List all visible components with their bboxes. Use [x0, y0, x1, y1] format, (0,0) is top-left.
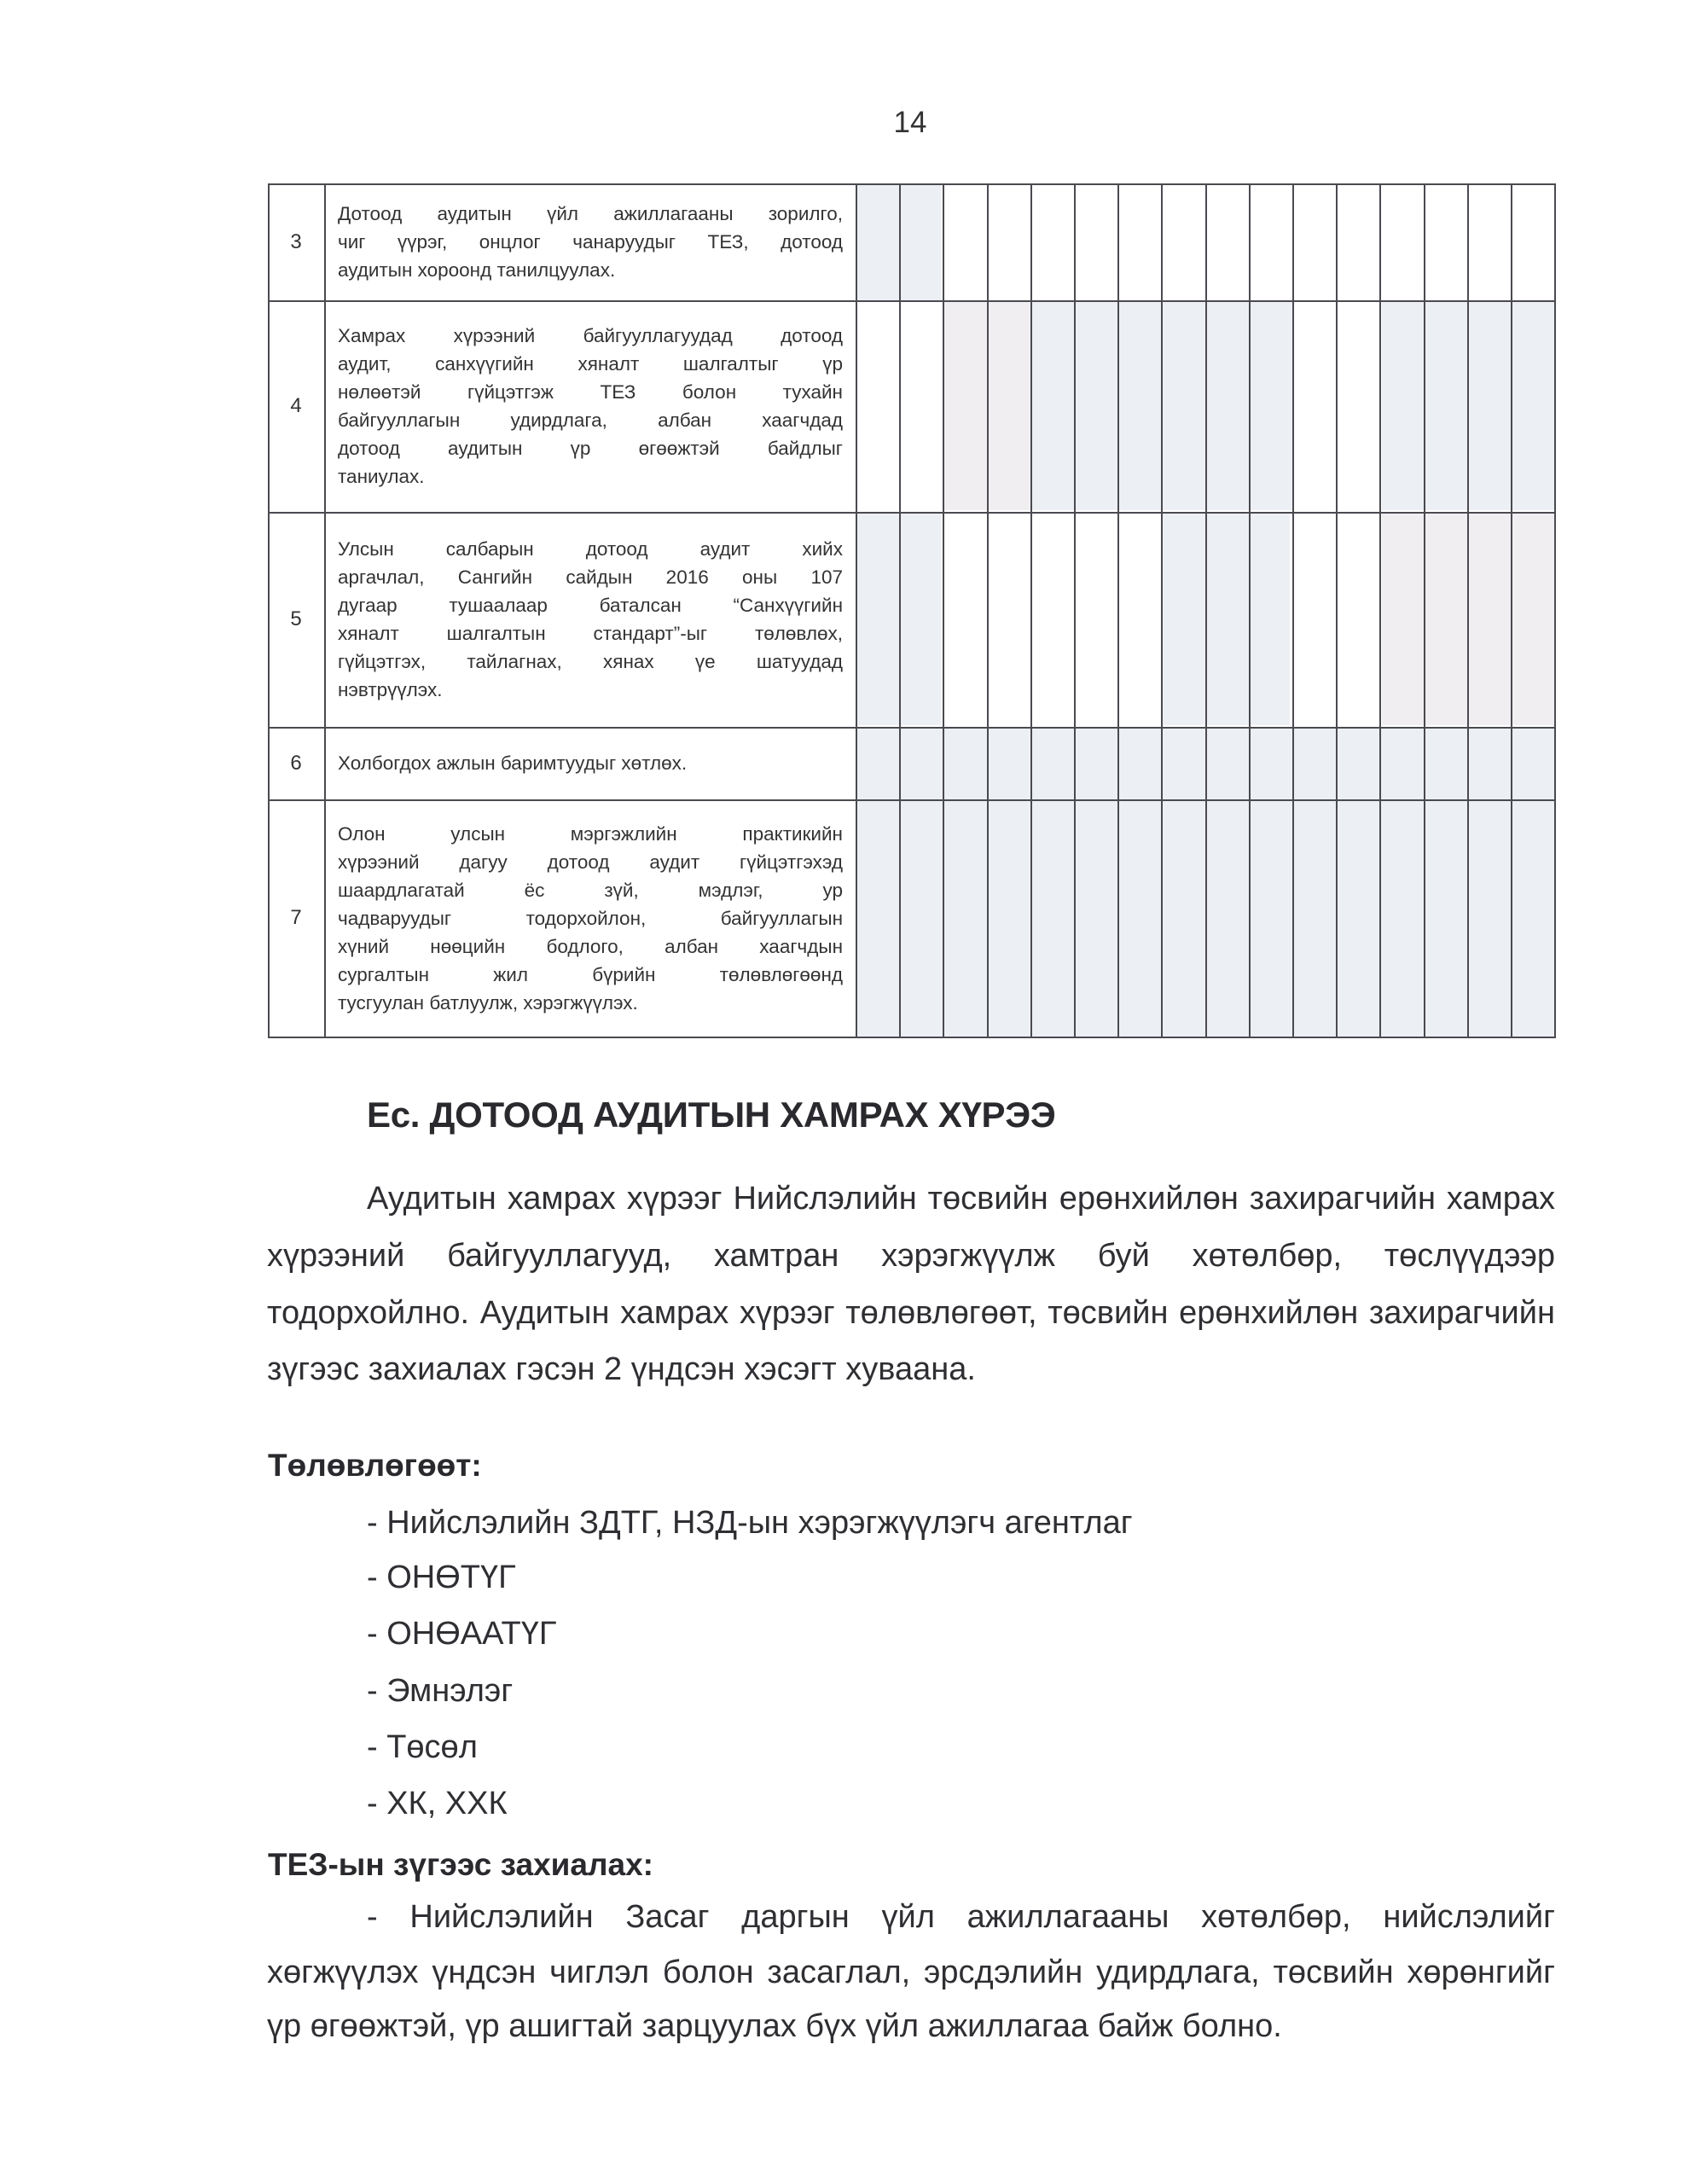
table-column-border — [1030, 183, 1032, 1037]
scan-shading — [856, 185, 941, 300]
row-number: 3 — [268, 230, 324, 254]
ordered-title: ТЕЗ-ын зүгээс захиалах: — [268, 1847, 653, 1883]
row-description: Холбогдох ажлын баримтуудыг хөтлөх. — [338, 749, 843, 777]
planned-item: - ХК, ХХК — [367, 1786, 508, 1822]
table-column-border — [899, 183, 901, 1037]
table-row-border — [268, 512, 1556, 514]
table-column-border — [856, 183, 857, 1037]
table-column-border — [1161, 183, 1163, 1037]
intro-line-2: хүрээний байгууллагууд, хамтран хэрэгжүү… — [267, 1238, 1555, 1275]
row-description: Дотоод аудитын үйл ажиллагааны зорилго,ч… — [338, 200, 843, 284]
table-column-border — [1336, 183, 1338, 1037]
table-row-border — [268, 300, 1556, 302]
table-column-border — [1554, 183, 1556, 1037]
planned-item: - Төсөл — [367, 1729, 478, 1766]
row-description: Олон улсын мэргэжлийн практикийнхүрээний… — [338, 820, 843, 1017]
section-heading: Ес. ДОТООД АУДИТЫН ХАМРАХ ХҮРЭЭ — [367, 1095, 1055, 1136]
ordered-line-2: хөгжүүлэх үндсэн чиглэл болон засаглал, … — [267, 1955, 1555, 1991]
page-number: 14 — [0, 106, 1689, 140]
table-column-border — [1511, 183, 1512, 1037]
table-column-border — [987, 183, 989, 1037]
ordered-line-3: үр өгөөжтэй, үр ашигтай зарцуулах бүх үй… — [267, 2008, 1555, 2045]
table-column-border — [1205, 183, 1207, 1037]
planned-title: Төлөвлөгөөт: — [268, 1448, 482, 1484]
row-number: 7 — [268, 906, 324, 930]
table-column-border — [1074, 183, 1076, 1037]
scan-shading — [1162, 514, 1290, 725]
planned-item: - ОНӨААТҮГ — [367, 1616, 556, 1653]
row-number: 6 — [268, 752, 324, 775]
table-row-border — [268, 799, 1556, 801]
table-column-border — [1379, 183, 1381, 1037]
table-row-border — [268, 183, 1556, 185]
row-number: 5 — [268, 607, 324, 631]
intro-line-4: зүгээс захиалах гэсэн 2 үндсэн хэсэгт ху… — [267, 1351, 1555, 1388]
ordered-line-1: - Нийслэлийн Засаг даргын үйл ажиллагаан… — [367, 1899, 1555, 1936]
table-column-border — [943, 183, 944, 1037]
planned-item: - Нийслэлийн ЗДТГ, НЗД-ын хэрэгжүүлэгч а… — [367, 1505, 1133, 1542]
table-column-border — [324, 183, 326, 1037]
table-column-border — [1117, 183, 1119, 1037]
planned-item: - ОНӨТҮГ — [367, 1560, 516, 1596]
table-column-border — [1249, 183, 1251, 1037]
row-description: Хамрах хүрээний байгууллагуудад дотоодау… — [338, 322, 843, 491]
row-description: Улсын салбарын дотоод аудит хийхаргачлал… — [338, 535, 843, 704]
intro-line-1: Аудитын хамрах хүрээг Нийслэлийн төсвийн… — [367, 1181, 1555, 1217]
row-number: 4 — [268, 394, 324, 418]
scan-shading — [943, 302, 1030, 510]
table-row-border — [268, 727, 1556, 729]
scan-shading — [856, 514, 941, 725]
intro-line-3: тодорхойлно. Аудитын хамрах хүрээг төлөв… — [267, 1295, 1555, 1332]
planned-item: - Эмнэлэг — [367, 1673, 513, 1710]
table-row-border — [268, 1037, 1556, 1038]
table-column-border — [1424, 183, 1425, 1037]
table-column-border — [1467, 183, 1469, 1037]
table-column-border — [1292, 183, 1294, 1037]
